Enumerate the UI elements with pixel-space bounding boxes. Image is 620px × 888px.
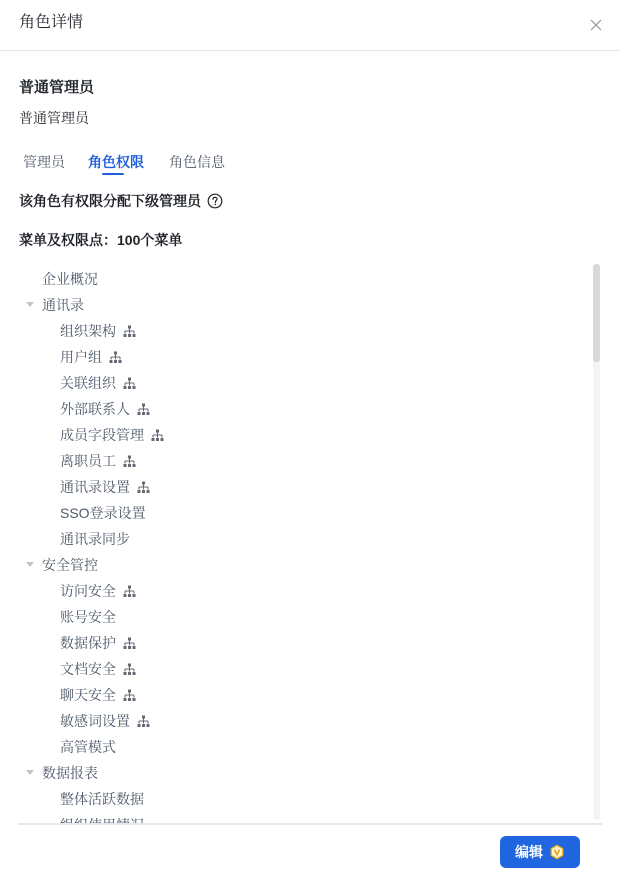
caret-down-icon[interactable] [26, 562, 34, 567]
tree-item-label: 关联组织 [60, 373, 116, 393]
tree-item-label: 通讯录同步 [60, 529, 130, 549]
tree-item[interactable]: 文档安全 [18, 656, 588, 682]
tree-item-label: 高管模式 [60, 737, 116, 757]
tab-role-permissions[interactable]: 角色权限 [88, 152, 144, 172]
edit-button[interactable]: 编辑 [500, 836, 580, 868]
tree-item-label: 数据报表 [42, 763, 98, 783]
org-structure-icon [137, 481, 150, 494]
permission-tree: 企业概况通讯录组织架构用户组关联组织外部联系人成员字段管理离职员工通讯录设置SS… [18, 262, 602, 825]
tree-item[interactable]: 数据保护 [18, 630, 588, 656]
drawer-title: 角色详情 [19, 12, 83, 34]
help-circle-icon[interactable] [207, 193, 223, 209]
tree-item-label: 成员字段管理 [60, 425, 144, 445]
tree-item-label: 文档安全 [60, 659, 116, 679]
tab-admins[interactable]: 管理员 [23, 152, 65, 172]
tree-item[interactable]: 访问安全 [18, 578, 588, 604]
caret-down-icon[interactable] [26, 302, 34, 307]
close-button[interactable] [586, 15, 606, 35]
tree-item-label: 账号安全 [60, 607, 116, 627]
tree-item[interactable]: 成员字段管理 [18, 422, 588, 448]
tree-item-label: 用户组 [60, 347, 102, 367]
tree-item[interactable]: 通讯录设置 [18, 474, 588, 500]
org-structure-icon [109, 351, 122, 364]
active-tab-indicator [102, 173, 124, 175]
tree-item-label: 组织架构 [60, 321, 116, 341]
tree-item[interactable]: 组织架构 [18, 318, 588, 344]
org-structure-icon [137, 715, 150, 728]
tree-item-label: 离职员工 [60, 451, 116, 471]
role-name: 普通管理员 [19, 78, 94, 98]
tree-item[interactable]: SSO登录设置 [18, 500, 588, 526]
tree-item-label: 企业概况 [42, 269, 98, 289]
tree-item-label: 组织使用情况 [60, 815, 144, 825]
tree-item[interactable]: 组织使用情况 [18, 812, 588, 825]
org-structure-icon [123, 689, 136, 702]
scrollbar-thumb[interactable] [593, 264, 600, 362]
assign-permission-line: 该角色有权限分配下级管理员 [19, 191, 223, 211]
assign-permission-text: 该角色有权限分配下级管理员 [19, 191, 201, 211]
tree-group[interactable]: 通讯录 [18, 292, 588, 318]
tree-item[interactable]: 用户组 [18, 344, 588, 370]
org-structure-icon [123, 377, 136, 390]
org-structure-icon [123, 325, 136, 338]
tree-item-label: 安全管控 [42, 555, 98, 575]
tree-item[interactable]: 整体活跃数据 [18, 786, 588, 812]
tree-group[interactable]: 安全管控 [18, 552, 588, 578]
menu-count-label: 菜单及权限点：100个菜单 [19, 230, 182, 250]
org-structure-icon [123, 663, 136, 676]
tree-item-label: 访问安全 [60, 581, 116, 601]
tree-item-label: SSO登录设置 [60, 503, 146, 523]
org-structure-icon [123, 637, 136, 650]
tree-item-label: 通讯录设置 [60, 477, 130, 497]
tree-item-label: 数据保护 [60, 633, 116, 653]
role-description: 普通管理员 [19, 108, 89, 128]
tree-item[interactable]: 离职员工 [18, 448, 588, 474]
tree-item[interactable]: 聊天安全 [18, 682, 588, 708]
permission-tree-list: 企业概况通讯录组织架构用户组关联组织外部联系人成员字段管理离职员工通讯录设置SS… [18, 266, 588, 825]
tree-item[interactable]: 高管模式 [18, 734, 588, 760]
tree-item[interactable]: 关联组织 [18, 370, 588, 396]
tree-item[interactable]: 账号安全 [18, 604, 588, 630]
close-icon [586, 15, 606, 35]
drawer-header: 角色详情 [0, 0, 620, 51]
tree-item-label: 外部联系人 [60, 399, 130, 419]
tree-group[interactable]: 企业概况 [18, 266, 588, 292]
org-structure-icon [123, 585, 136, 598]
tree-item[interactable]: 外部联系人 [18, 396, 588, 422]
tree-item-label: 通讯录 [42, 295, 84, 315]
tree-group[interactable]: 数据报表 [18, 760, 588, 786]
tree-item-label: 整体活跃数据 [60, 789, 144, 809]
caret-down-icon[interactable] [26, 770, 34, 775]
org-structure-icon [137, 403, 150, 416]
org-structure-icon [123, 455, 136, 468]
vip-badge-icon [549, 844, 565, 860]
edit-button-label: 编辑 [515, 842, 543, 862]
tree-item-label: 敏感词设置 [60, 711, 130, 731]
org-structure-icon [151, 429, 164, 442]
tree-item[interactable]: 通讯录同步 [18, 526, 588, 552]
tree-item-label: 聊天安全 [60, 685, 116, 705]
tab-role-info[interactable]: 角色信息 [169, 152, 225, 172]
tree-item[interactable]: 敏感词设置 [18, 708, 588, 734]
